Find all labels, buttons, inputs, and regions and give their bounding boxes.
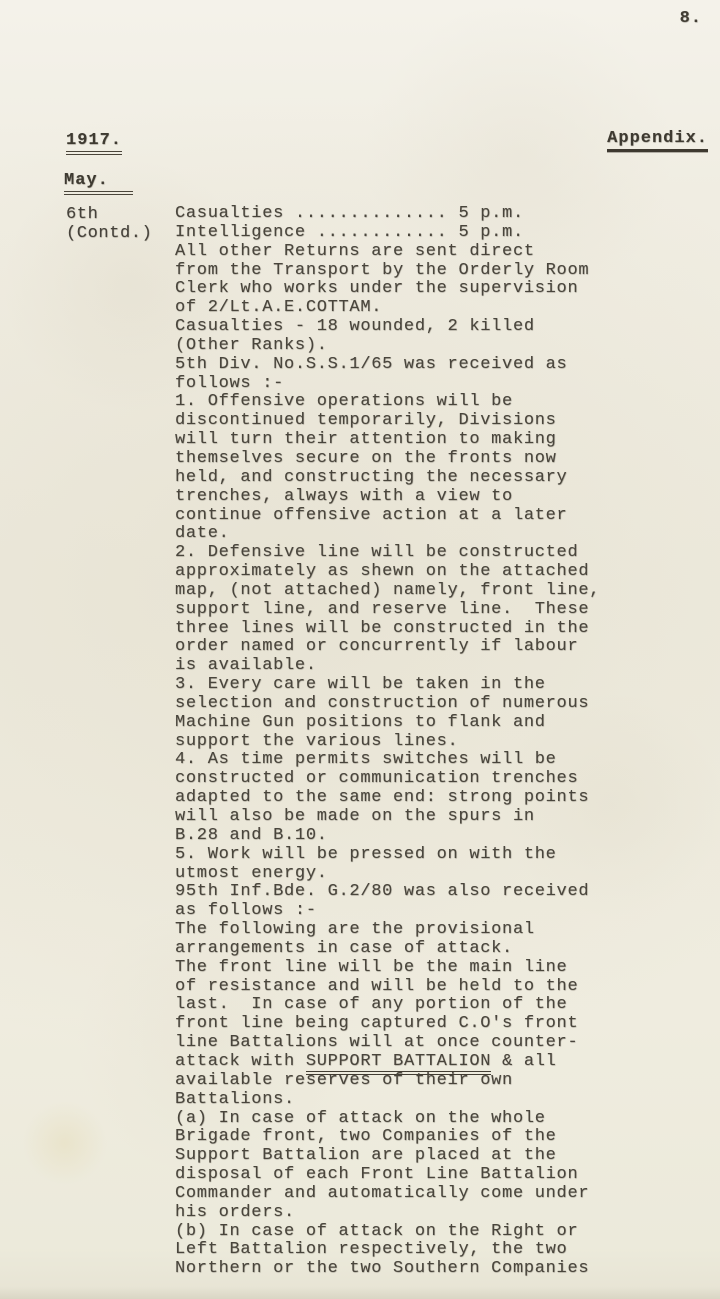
document-line: will turn their attention to making [175,431,600,450]
document-line: follows :- [175,375,600,394]
document-line: support line, and reserve line. These [175,601,600,620]
document-line: 5. Work will be pressed on with the [175,846,600,865]
document-line: discontinued temporarily, Divisions [175,412,600,431]
appendix-heading: Appendix. [607,129,708,152]
document-line: constructed or communication trenches [175,770,600,789]
document-line: The following are the provisional [175,921,600,940]
document-body: Casualties .............. 5 p.m.Intellig… [175,205,600,1279]
document-line: Clerk who works under the supervision [175,280,600,299]
document-line: trenches, always with a view to [175,488,600,507]
margin-day: 6th [66,206,152,225]
document-line: Intelligence ............ 5 p.m. [175,224,600,243]
document-line: his orders. [175,1204,600,1223]
document-line: 1. Offensive operations will be [175,393,600,412]
year-heading: 1917. [66,131,122,155]
document-line: of resistance and will be held to the [175,978,600,997]
month-heading: May. [64,171,133,195]
document-line: (a) In case of attack on the whole [175,1110,600,1129]
document-line: three lines will be constructed in the [175,620,600,639]
document-line: Casualties .............. 5 p.m. [175,205,600,224]
document-line: 95th Inf.Bde. G.2/80 was also received [175,883,600,902]
document-line: line Battalions will at once counter- [175,1034,600,1053]
document-line: last. In case of any portion of the [175,996,600,1015]
document-line: continue offensive action at a later [175,507,600,526]
document-line: 3. Every care will be taken in the [175,676,600,695]
document-line: disposal of each Front Line Battalion [175,1166,600,1185]
document-line: as follows :- [175,902,600,921]
document-line: B.28 and B.10. [175,827,600,846]
document-line: will also be made on the spurs in [175,808,600,827]
document-line: available reserves of their own [175,1072,600,1091]
page-number: 8. [680,9,702,28]
margin-date-column: 6th (Contd.) [66,206,152,244]
document-line: held, and constructing the necessary [175,469,600,488]
document-line: Machine Gun positions to flank and [175,714,600,733]
document-line: attack with SUPPORT BATTALION & all [175,1053,600,1072]
document-line: arrangements in case of attack. [175,940,600,959]
document-line: The front line will be the main line [175,959,600,978]
document-line: date. [175,525,600,544]
margin-contd: (Contd.) [66,225,152,244]
document-line: 4. As time permits switches will be [175,751,600,770]
document-line: approximately as shewn on the attached [175,563,600,582]
document-line: front line being captured C.O's front [175,1015,600,1034]
document-line: of 2/Lt.A.E.COTTAM. [175,299,600,318]
document-line: Battalions. [175,1091,600,1110]
document-line: All other Returns are sent direct [175,243,600,262]
document-line: Casualties - 18 wounded, 2 killed [175,318,600,337]
document-line: themselves secure on the fronts now [175,450,600,469]
document-line: 5th Div. No.S.S.1/65 was received as [175,356,600,375]
document-line: Support Battalion are placed at the [175,1147,600,1166]
document-line: (b) In case of attack on the Right or [175,1223,600,1242]
document-line: support the various lines. [175,733,600,752]
document-line: order named or concurrently if labour [175,638,600,657]
document-line: is available. [175,657,600,676]
document-line: utmost energy. [175,865,600,884]
document-line: Northern or the two Southern Companies [175,1260,600,1279]
document-line: Brigade front, two Companies of the [175,1128,600,1147]
document-line: Commander and automatically come under [175,1185,600,1204]
document-line: (Other Ranks). [175,337,600,356]
document-line: adapted to the same end: strong points [175,789,600,808]
document-line: 2. Defensive line will be constructed [175,544,600,563]
document-line: Left Battalion respectively, the two [175,1241,600,1260]
document-line: from the Transport by the Orderly Room [175,262,600,281]
document-line: selection and construction of numerous [175,695,600,714]
scanned-document: { "colors": { "paper": "#efecdf", "ink":… [0,0,720,1299]
document-line: map, (not attached) namely, front line, [175,582,600,601]
